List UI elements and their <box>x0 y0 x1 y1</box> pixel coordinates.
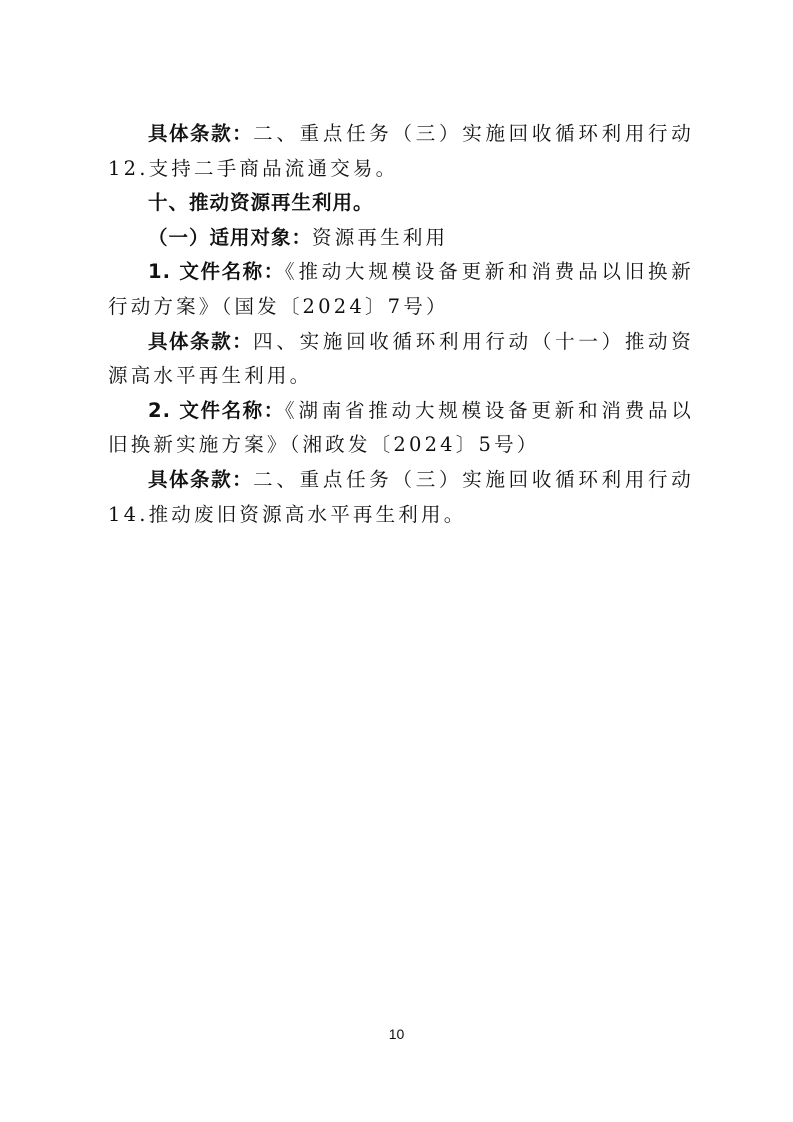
applicable-object-text: 资源再生利用 <box>312 226 448 249</box>
clause-paragraph-2: 具体条款：四、实施回收循环利用行动（十一）推动资源高水平再生利用。 <box>108 325 694 394</box>
applicable-object-label: （一）适用对象： <box>148 226 312 249</box>
clause-label: 具体条款： <box>148 330 253 353</box>
clause-paragraph-3: 具体条款：二、重点任务（三）实施回收循环利用行动14.推动废旧资源高水平再生利用… <box>108 463 694 532</box>
clause-label: 具体条款： <box>148 468 253 491</box>
file-name-label: 1. 文件名称： <box>148 260 285 283</box>
file-name-paragraph-1: 1. 文件名称：《推动大规模设备更新和消费品以旧换新行动方案》（国发〔2024〕… <box>108 255 694 324</box>
section-heading-text: 十、推动资源再生利用。 <box>148 191 374 214</box>
file-name-label: 2. 文件名称： <box>148 399 285 422</box>
applicable-object-paragraph: （一）适用对象：资源再生利用 <box>108 221 694 256</box>
clause-paragraph-1: 具体条款：二、重点任务（三）实施回收循环利用行动12.支持二手商品流通交易。 <box>108 117 694 186</box>
clause-label: 具体条款： <box>148 122 253 145</box>
document-body: 具体条款：二、重点任务（三）实施回收循环利用行动12.支持二手商品流通交易。 十… <box>108 117 694 532</box>
section-heading: 十、推动资源再生利用。 <box>108 186 694 221</box>
page-number: 10 <box>0 1026 793 1042</box>
file-name-paragraph-2: 2. 文件名称：《湖南省推动大规模设备更新和消费品以旧换新实施方案》（湘政发〔2… <box>108 394 694 463</box>
